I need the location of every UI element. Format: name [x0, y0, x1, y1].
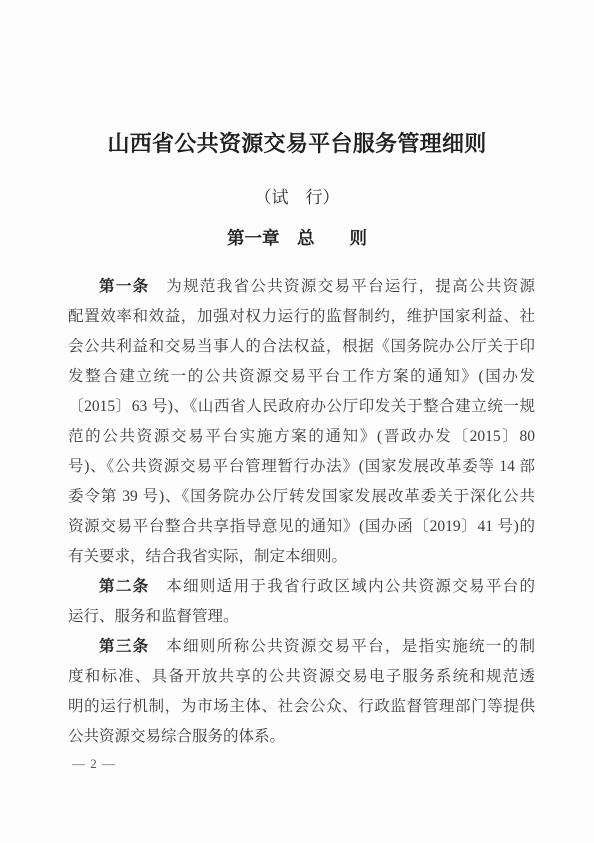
- body-line: 第三条 本细则所称公共资源交易平台，是指实施统一的制: [68, 632, 535, 662]
- article-number: 第一条: [99, 278, 149, 295]
- body-line: 度和标准、具备开放共享的公共资源交易电子服务系统和规范透: [68, 662, 535, 692]
- body-line: 公共资源交易综合服务的体系。: [68, 722, 535, 752]
- body-line: 范的公共资源交易平台实施方案的通知》(晋政办发〔2015〕80: [68, 422, 535, 452]
- document-page: 山西省公共资源交易平台服务管理细则 （试 行） 第一章 总 则 第一条 为规范我…: [0, 0, 594, 843]
- article-number: 第二条: [99, 578, 149, 595]
- body-line: 明的运行机制，为市场主体、社会公众、行政监督管理部门等提供: [68, 692, 535, 722]
- body-line: 会公共利益和交易当事人的合法权益，根据《国务院办公厅关于印: [68, 332, 535, 362]
- document-subtitle: （试 行）: [0, 188, 594, 208]
- body-line: 委令第 39 号)、《国务院办公厅转发国家发展改革委关于深化公共: [68, 482, 535, 512]
- body-line: 发整合建立统一的公共资源交易平台工作方案的通知》(国办发: [68, 362, 535, 392]
- body-line: 资源交易平台整合共享指导意见的通知》(国办函〔2019〕41 号)的: [68, 512, 535, 542]
- article-number: 第三条: [99, 638, 149, 655]
- chapter-heading: 第一章 总 则: [0, 228, 594, 248]
- body-line: 〔2015〕63 号)、《山西省人民政府办公厅印发关于整合建立统一规: [68, 392, 535, 422]
- body-line: 第二条 本细则适用于我省行政区域内公共资源交易平台的: [68, 572, 535, 602]
- page-number: — 2 —: [72, 756, 594, 772]
- body-line: 有关要求，结合我省实际，制定本细则。: [68, 542, 535, 572]
- body-line: 配置效率和效益，加强对权力运行的监督制约，维护国家利益、社: [68, 302, 535, 332]
- body-line: 号)、《公共资源交易平台管理暂行办法》(国家发展改革委等 14 部: [68, 452, 535, 482]
- body-line: 第一条 为规范我省公共资源交易平台运行，提高公共资源: [68, 272, 535, 302]
- document-body: 第一条 为规范我省公共资源交易平台运行，提高公共资源配置效率和效益，加强对权力运…: [68, 272, 535, 752]
- body-line: 运行、服务和监督管理。: [68, 602, 535, 632]
- document-title: 山西省公共资源交易平台服务管理细则: [0, 130, 594, 158]
